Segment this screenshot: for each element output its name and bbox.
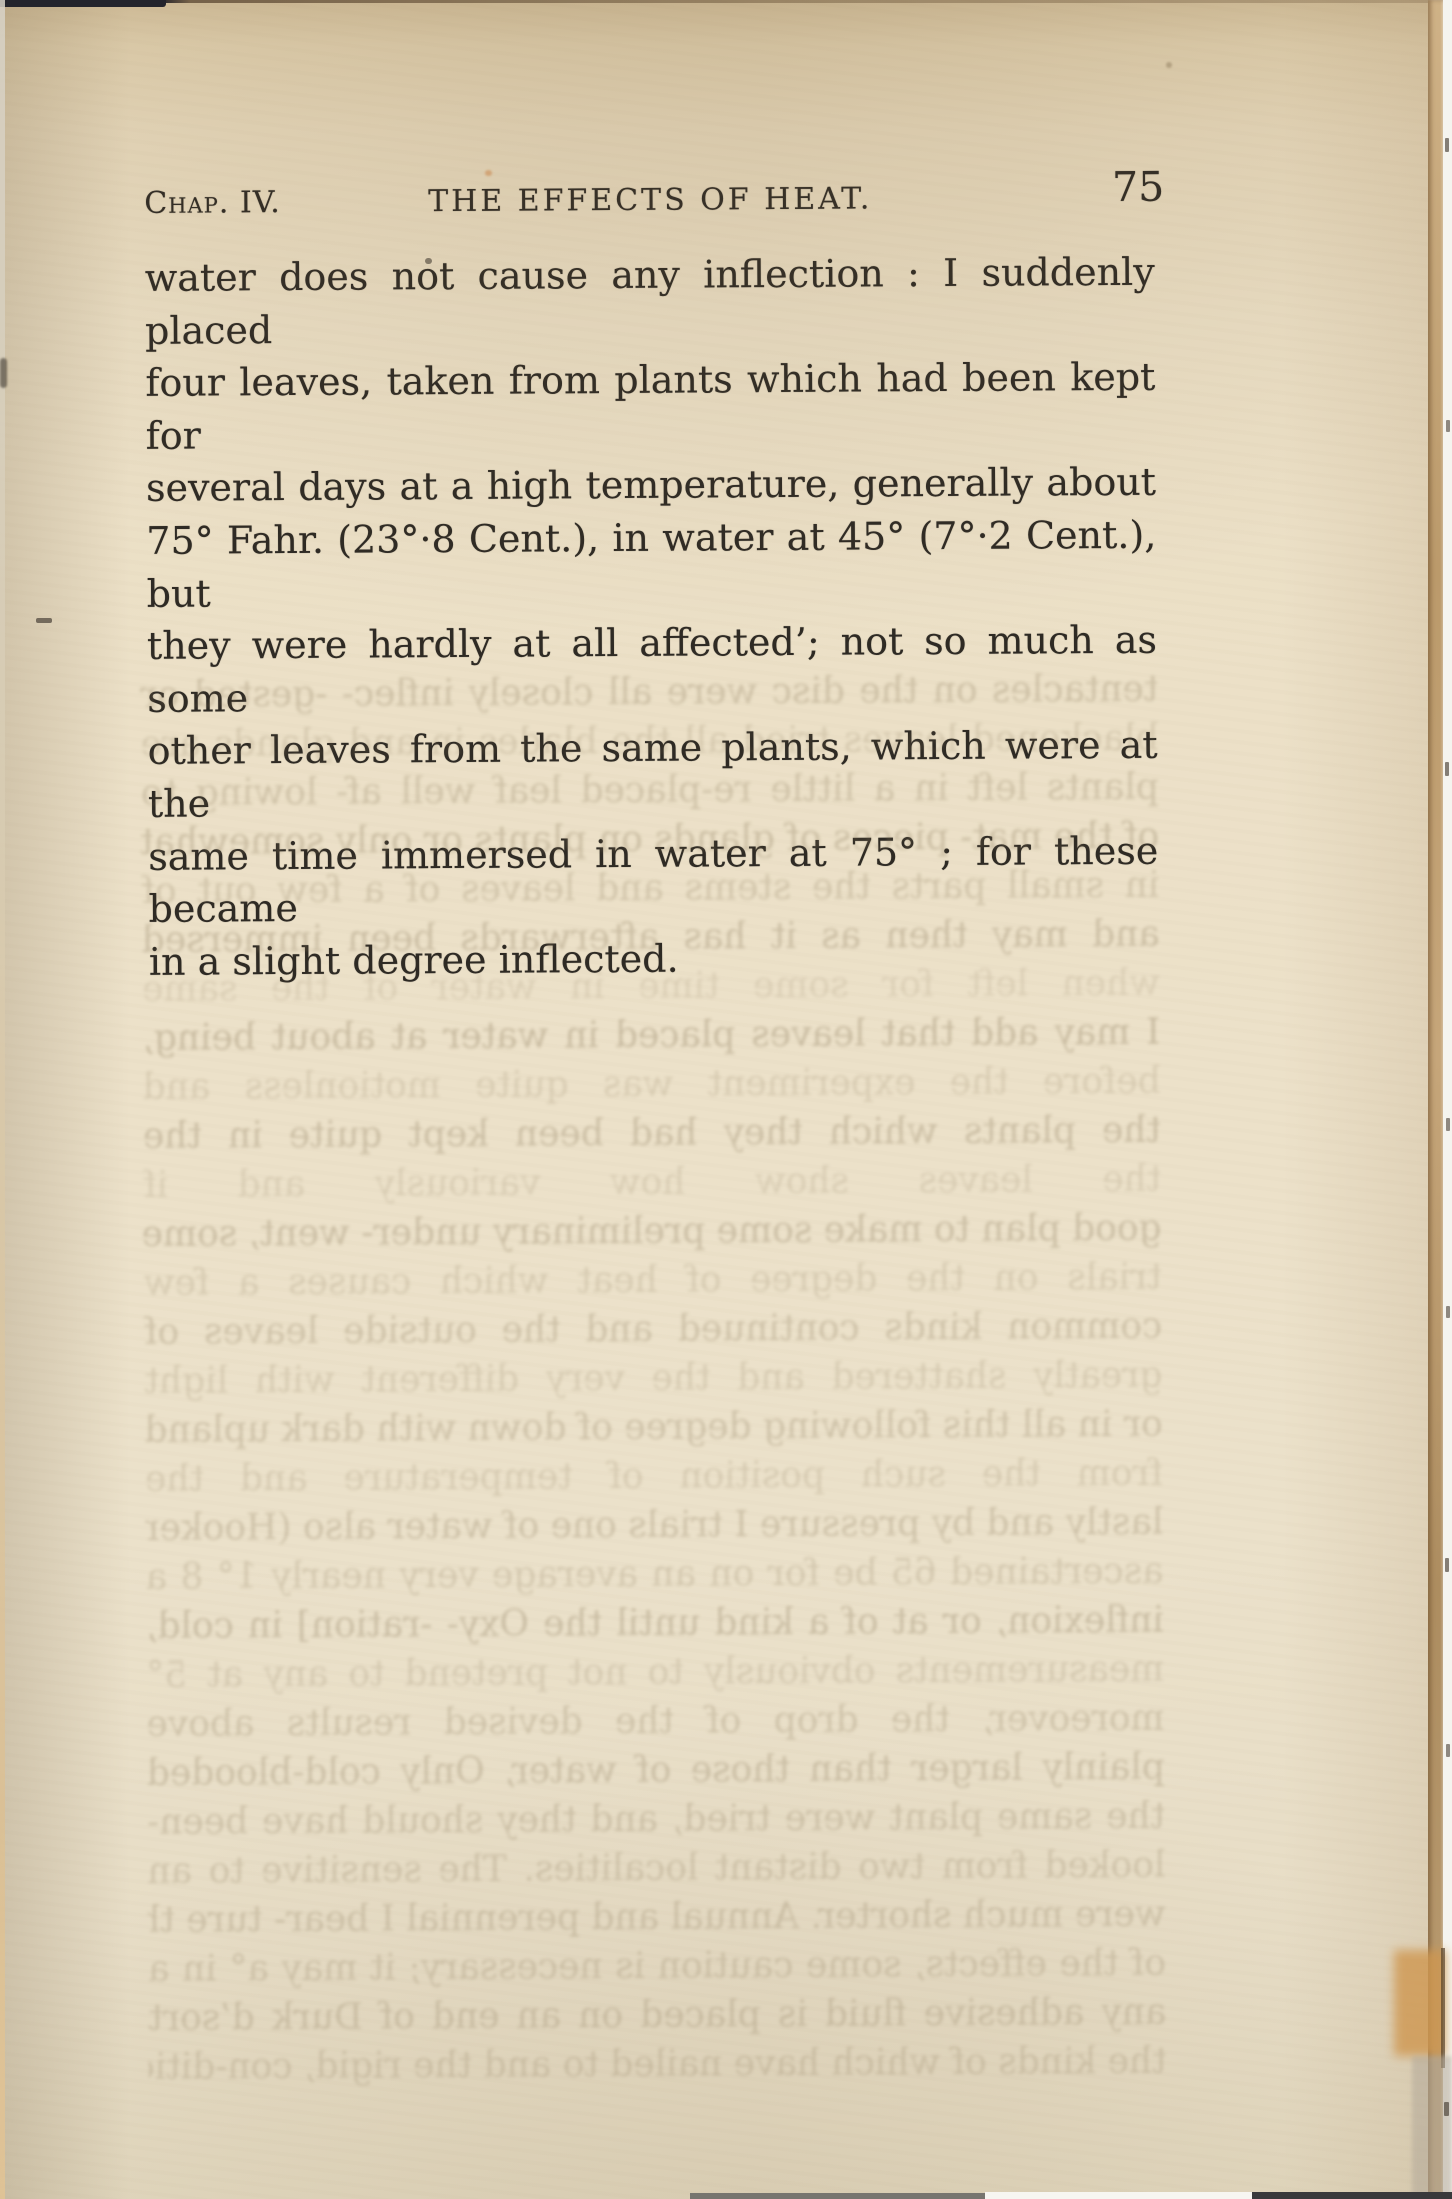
bleedthrough-line: good plan to make some preliminary under… [143, 1208, 1161, 1255]
bleedthrough-line: of the effects, some caution is necessar… [148, 1943, 1166, 1990]
page-content: Chap. IV. THE EFFECTS OF HEAT. 75 water … [0, 0, 1452, 2199]
bleedthrough-line: plainly larger than those of water, Only… [147, 1747, 1165, 1794]
bleedthrough-line: trials on the degree of heat which cause… [144, 1257, 1162, 1304]
bleedthrough-line: I may add that leaves placed in water at… [142, 1012, 1160, 1059]
bleedthrough-line: from the such position of temperature an… [145, 1453, 1163, 1500]
text-line: they were hardly at all affected’; not s… [147, 614, 1158, 725]
bleedthrough-line: the leaves show how variously and if [143, 1159, 1161, 1206]
underlying-page-edge [1394, 1950, 1446, 2056]
bleedthrough-line: inflexion, or at of a kind until the Oxy… [146, 1600, 1164, 1647]
scan-edge-top [0, 0, 1452, 3]
text-line: 75° Fahr. (23°·8 Cent.), in water at 45°… [146, 509, 1157, 620]
bleedthrough-line: moreover, the drop of the devised result… [146, 1698, 1164, 1745]
bleedthrough-line: measurements obviously to not pretend to… [146, 1649, 1164, 1696]
running-header: Chap. IV. THE EFFECTS OF HEAT. 75 [144, 173, 1156, 229]
body-paragraph: water does not cause any inflection : I … [145, 246, 1159, 988]
page-title: THE EFFECTS OF HEAT. [144, 180, 1156, 221]
scan-edge-left [0, 0, 5, 2199]
bleedthrough-line: the kinds of which have nailed to and th… [149, 2041, 1167, 2088]
scan-edge-bottom-dark [1252, 2192, 1452, 2199]
scan-edge-bottom-grey [690, 2193, 990, 2199]
page-deckle-edge [1428, 0, 1444, 2199]
bleedthrough-line: before the experiment was quite motionle… [143, 1061, 1161, 1108]
corner-shadow [1412, 2056, 1452, 2199]
bleedthrough-line: the same plant were tried, and they shou… [147, 1796, 1165, 1843]
scan-edge-top-left [0, 0, 166, 7]
bleedthrough-line: the plants which they had been kept quit… [143, 1110, 1161, 1157]
text-line: water does not cause any inflection : I … [145, 246, 1156, 357]
bleedthrough-line: common kinds continued and the outside l… [144, 1306, 1162, 1353]
bleedthrough-line: greatly shattered and the very different… [144, 1355, 1162, 1402]
page-edge-shadow-line [1441, 1948, 1445, 2068]
text-line: same time immersed in water at 75° ; for… [148, 824, 1159, 935]
scan-margin-right [1443, 0, 1452, 2199]
text-line: several days at a high temperature, gene… [146, 456, 1156, 515]
bleedthrough-line: looked from two distant localities. The … [147, 1845, 1165, 1892]
bleedthrough-line: or in all this following degree of down … [145, 1404, 1163, 1451]
bleedthrough-line: ascertained 65 be for on an average very… [146, 1551, 1164, 1598]
bleedthrough-line: any adhesive fluid is placed on an end o… [148, 1992, 1166, 2039]
text-line: other leaves from the same plants, which… [147, 719, 1158, 830]
bleedthrough-line: were much shorter. Annual and perennial … [148, 1894, 1166, 1941]
page-number: 75 [1112, 163, 1164, 211]
scan-edge-bottom-white [985, 2192, 1257, 2199]
text-line: four leaves, taken from plants which had… [145, 351, 1156, 462]
text-line: in a slight degree inflected. [149, 929, 1159, 988]
book-page-scan: Chap. IV. THE EFFECTS OF HEAT. 75 water … [0, 0, 1452, 2199]
bleedthrough-line: lastly and by pressure I trials one of w… [145, 1502, 1163, 1549]
